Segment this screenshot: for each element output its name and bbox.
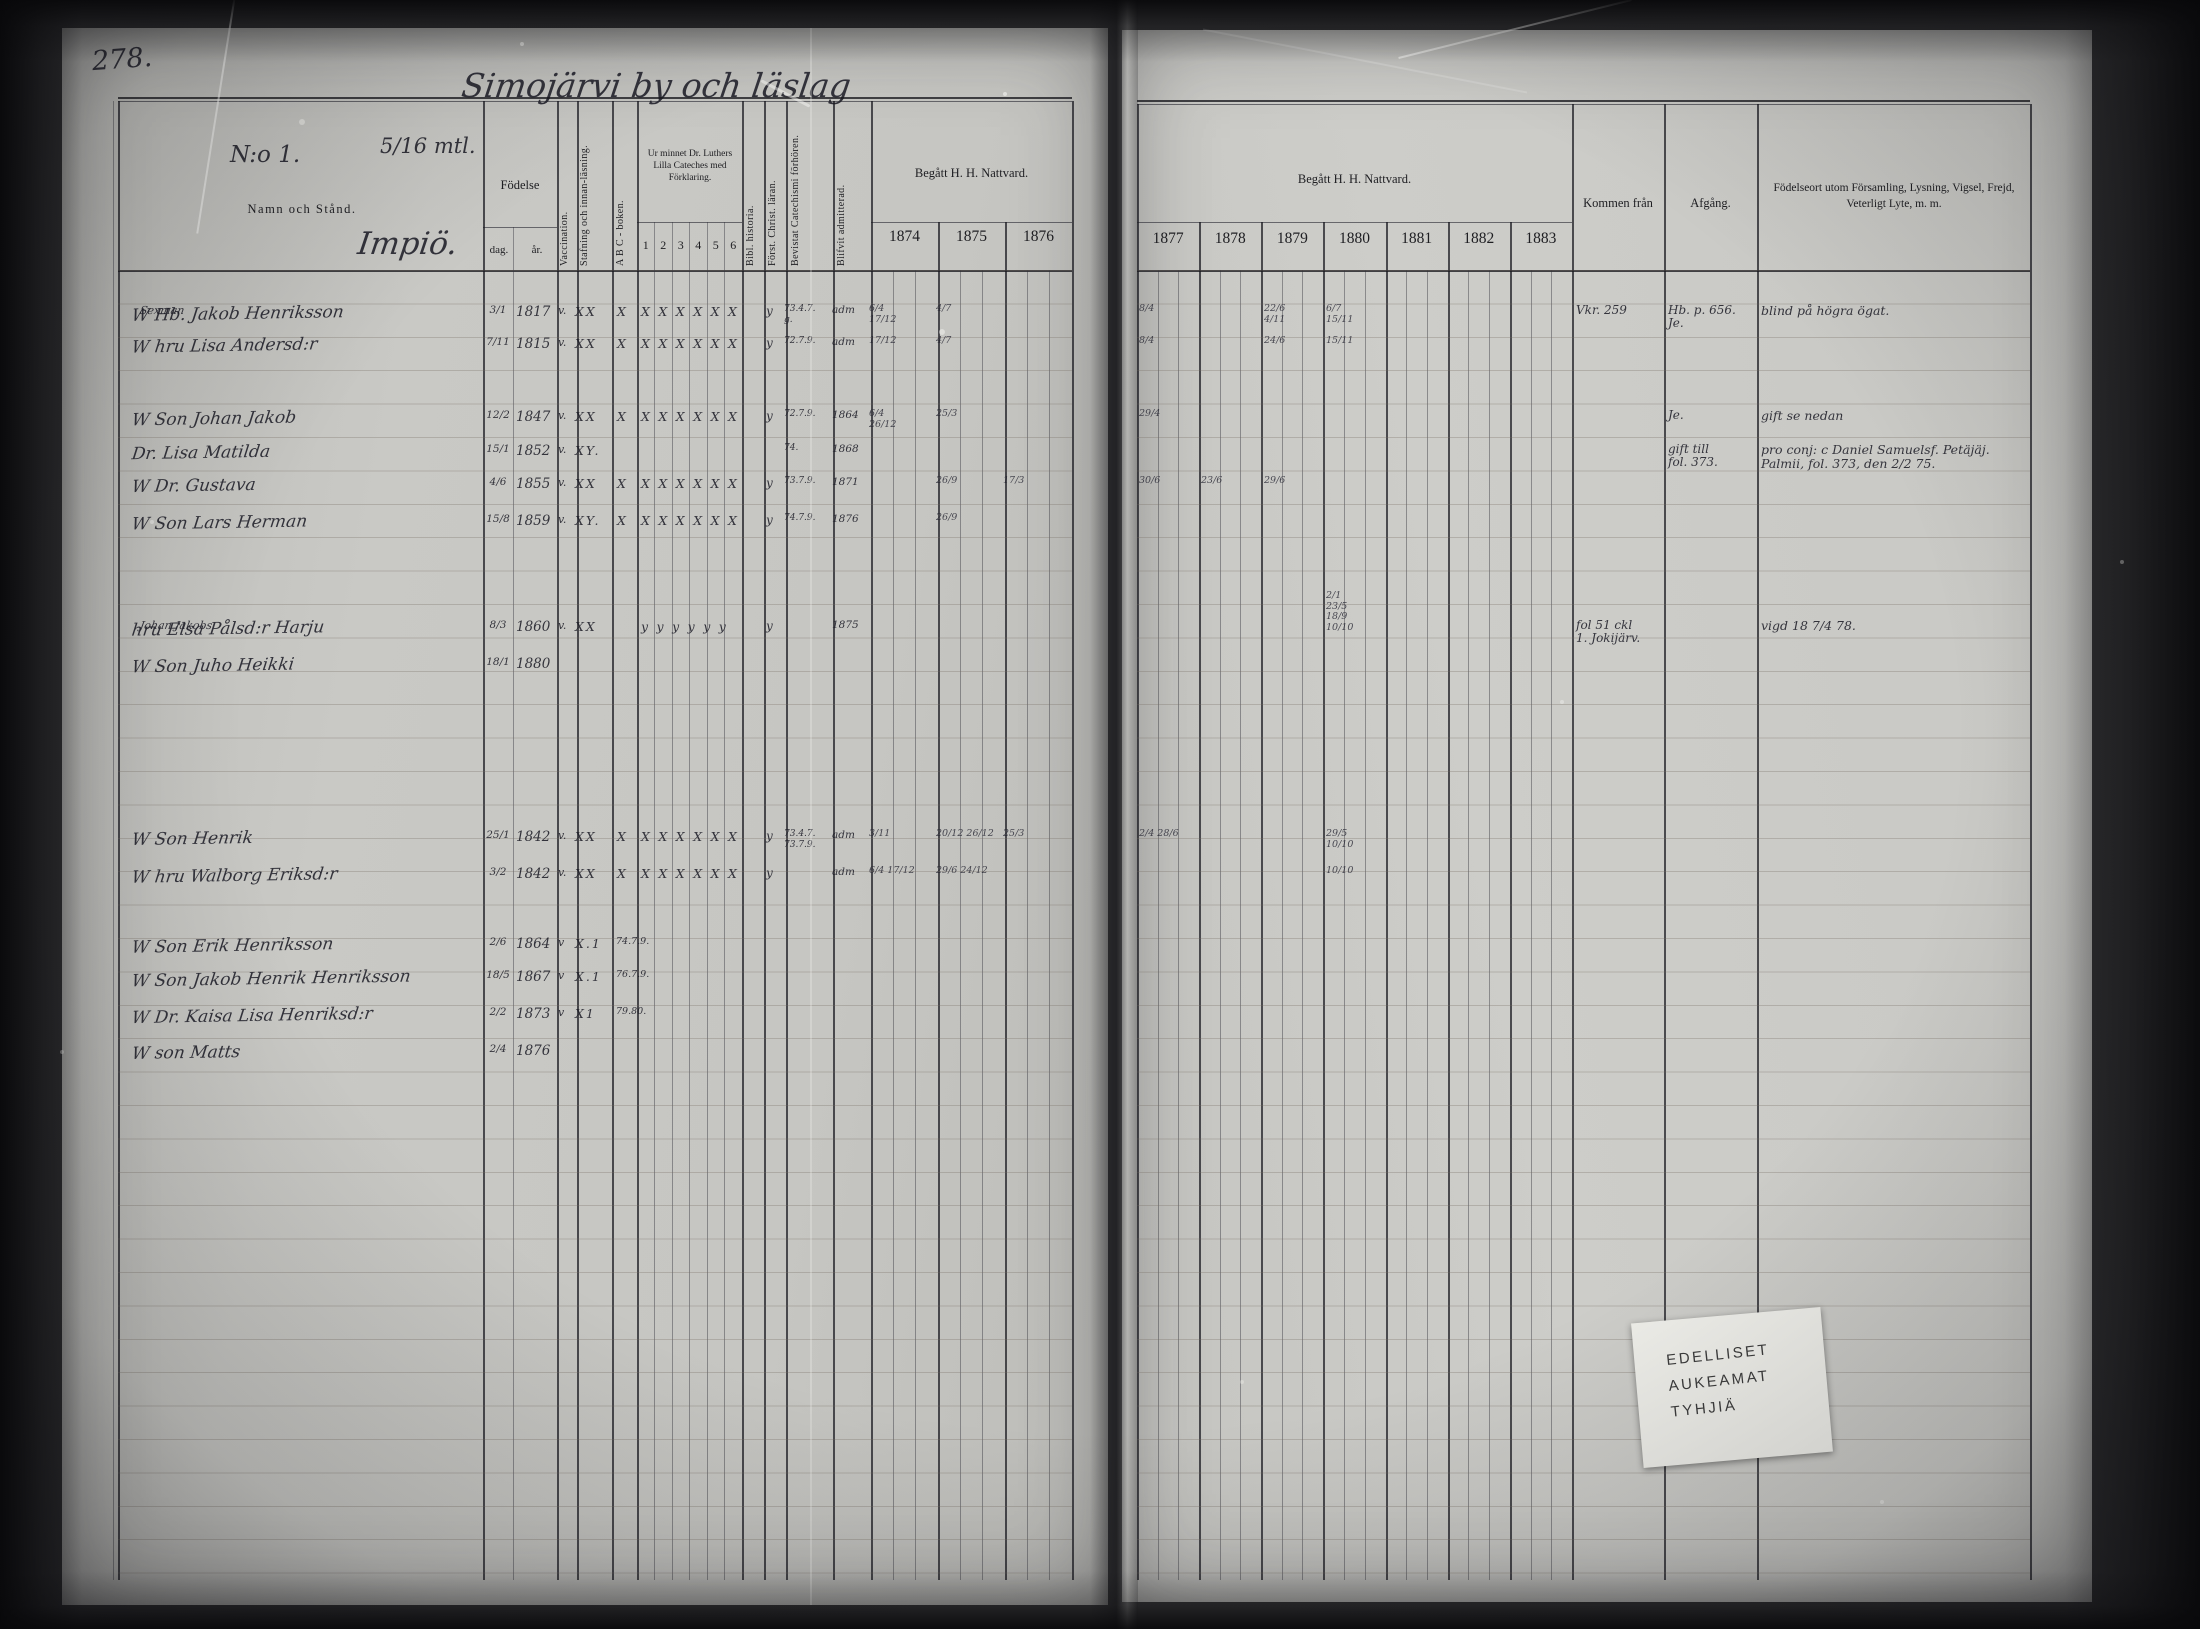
cell-spelling: X.1	[575, 936, 615, 951]
cell-spelling: XX	[575, 409, 615, 424]
table-row: 8/4 24/6 15/11	[1137, 336, 2030, 370]
cell-spelling: XX	[575, 336, 615, 351]
cell-christ: y	[766, 409, 786, 423]
cell-abc: X	[617, 476, 637, 491]
table-row: W son Matts 2/4 1876	[118, 1043, 1072, 1077]
year-label: 1881	[1401, 230, 1432, 248]
cell-birth-year: 1860	[516, 619, 562, 635]
cell-communion-1879: 24/6	[1264, 336, 1324, 347]
communion-header-left: Begått H. H. Nattvard.	[871, 166, 1072, 181]
birth-year-header: år.	[518, 244, 556, 256]
cell-communion-1876: 17/3	[1003, 476, 1067, 487]
cell-communion-1874: 17/12	[869, 336, 935, 347]
cell-communion-1875: 26/9	[936, 476, 1002, 487]
cell-christ: y	[766, 513, 786, 527]
cell-vaccination: v.	[558, 476, 576, 489]
catechism-col: 2	[660, 238, 666, 253]
come-from-header: Kommen från	[1572, 196, 1664, 211]
year-label: 1877	[1153, 230, 1184, 248]
slip-line: TYHJIÄ	[1670, 1387, 1829, 1420]
cell-name: W Son Erik Henriksson	[131, 934, 335, 958]
cell-abc: X	[617, 304, 637, 319]
cell-vaccination: v.	[558, 336, 576, 349]
year-label: 1883	[1525, 230, 1556, 248]
cell-birth-day: 15/1	[482, 443, 514, 455]
cell-catechism-marks: XXXXXX	[641, 476, 747, 491]
cell-name: W hru Walborg Eriksd:r	[131, 864, 339, 888]
cell-communion-1875: 4/7	[936, 304, 1002, 315]
cell-catechism-marks: XXXXXX	[641, 336, 747, 351]
cell-vaccination: v.	[558, 829, 576, 842]
cell-admitted: adm	[832, 336, 872, 348]
communion-years-right: 1877 1878 1879 1880 1881 1882 1883	[1137, 230, 1572, 248]
cell-come-from: Vkr. 259	[1576, 304, 1664, 317]
cell-birth-year: 1867	[516, 969, 562, 985]
cell-communion-1877: 2/4 28/6	[1139, 829, 1199, 840]
cell-vaccination: v.	[558, 513, 576, 526]
table-row: W hru Lisa Andersd:r 7/11 1815 v. XX X X…	[118, 336, 1072, 370]
cell-communion-1874: 3/11	[869, 829, 935, 840]
cell-name: W Dr. Gustava	[131, 475, 257, 497]
cell-spelling: XX	[575, 304, 615, 319]
year-label: 1874	[889, 228, 920, 246]
cell-communion-1876: 25/3	[1003, 829, 1067, 840]
cell-abc: X	[617, 513, 637, 528]
grid-line	[118, 97, 1072, 99]
cell-admitted: 1864	[832, 409, 872, 421]
cell-remarks: gift se nedan	[1761, 409, 2027, 423]
cell-communion-1877: 30/6	[1139, 476, 1199, 487]
cell-communion-1880: 6/7 15/11	[1326, 304, 1388, 325]
cell-birth-year: 1842	[516, 829, 562, 845]
table-row: W Son Erik Henriksson 2/6 1864 v X.1 74.…	[118, 936, 1072, 970]
book-fold	[1090, 0, 1138, 1629]
page-number: 278.	[91, 42, 153, 77]
cell-spelling: XX	[575, 619, 615, 634]
catechism-col: 3	[678, 238, 684, 253]
table-row: W Son Johan Jakob 12/2 1847 v. XX X XXXX…	[118, 409, 1072, 443]
cell-communion-1877: 29/4	[1139, 409, 1199, 420]
cell-abc: X	[617, 336, 637, 351]
cell-birth-day: 12/2	[482, 409, 514, 421]
farm-mantal: 5/16 mtl.	[380, 134, 476, 158]
cell-birth-year: 1852	[516, 443, 562, 459]
cell-catechism-marks: XXXXXX	[641, 513, 747, 528]
cell-birth-year: 1859	[516, 513, 562, 529]
catechism-subcolumns: 1 2 3 4 5 6	[637, 238, 742, 253]
table-row: gift till fol. 373. pro conj: c Daniel S…	[1137, 443, 2030, 477]
dust-specks	[0, 0, 4, 4]
cell-name: W son Matts	[131, 1042, 242, 1064]
cell-communion-1880: 10/10	[1326, 866, 1388, 877]
year-label: 1875	[956, 228, 987, 246]
cell-spelling: XX	[575, 866, 615, 881]
microfilm-scan: 278. Simojärvi by och läslag	[0, 0, 2200, 1629]
cell-exam-note: 74.7.9.	[616, 936, 708, 947]
page-crease	[810, 28, 812, 1605]
cell-christ: y	[766, 866, 786, 880]
cell-birth-year: 1876	[516, 1043, 562, 1059]
cell-catechism-marks: yyyyyy	[641, 619, 747, 634]
cell-communion-1874: 6/4 17/12	[869, 304, 935, 325]
cell-spelling: XX	[575, 829, 615, 844]
cell-birth-day: 15/8	[482, 513, 514, 525]
table-row: 10/10	[1137, 866, 2030, 900]
farm-number: N:o 1.	[230, 142, 300, 168]
cell-birth-day: 4/6	[482, 476, 514, 488]
cell-name: W Son Juho Heikki	[131, 655, 296, 678]
cell-name: W Son Johan Jakob	[131, 408, 298, 431]
left-page: 278. Simojärvi by och läslag	[62, 28, 1108, 1605]
remarks-header: Födelseort utom Församling, Lysning, Vig…	[1764, 180, 2024, 212]
name-column-header: Namn och Stånd.	[212, 202, 392, 217]
cell-communion-1875: 25/3	[936, 409, 1002, 420]
table-row: Johan Jakobs hru Elsa Pålsd:r Harju 8/3 …	[118, 619, 1072, 653]
cell-spelling: XX	[575, 476, 615, 491]
spelling-header: Stafning och innan-läsning.	[579, 110, 610, 266]
cell-birth-day: 7/11	[482, 336, 514, 348]
cell-birth-day: 3/2	[482, 866, 514, 878]
year-label: 1882	[1463, 230, 1494, 248]
cell-departure: Hb. p. 656. Je.	[1668, 304, 1758, 330]
grid-line	[2030, 104, 2032, 1580]
grid-line	[1137, 222, 1572, 223]
cell-birth-day: 2/4	[482, 1043, 514, 1055]
cell-communion-1877: 8/4	[1139, 304, 1199, 315]
cell-communion-1879: 29/6	[1264, 476, 1324, 487]
table-row: W Son Juho Heikki 18/1 1880	[118, 656, 1072, 690]
cell-vaccination: v.	[558, 866, 576, 879]
grid-line	[1137, 100, 2030, 102]
table-row: 29/4 Je. gift se nedan	[1137, 409, 2030, 443]
cell-name: W Dr. Kaisa Lisa Henriksd:r	[130, 1004, 373, 1028]
year-label: 1876	[1023, 228, 1054, 246]
communion-header-right: Begått H. H. Nattvard.	[1137, 172, 1572, 187]
cell-christ: y	[766, 304, 786, 318]
table-row: W Dr. Gustava 4/6 1855 v. XX X XXXXXX y …	[118, 476, 1072, 510]
year-label: 1879	[1277, 230, 1308, 248]
cell-communion-1879: 22/6 4/11	[1264, 304, 1324, 325]
cell-name: Dr. Lisa Matilda	[131, 442, 272, 464]
cell-vaccination: v.	[558, 409, 576, 422]
cell-name: W Son Henrik	[131, 828, 255, 850]
cell-communion-1880: 2/1 23/5 18/9 10/10	[1326, 591, 1388, 633]
cell-birth-day: 2/2	[482, 1006, 514, 1018]
table-row: Dr. Lisa Matilda 15/1 1852 v. XY. 74. 18…	[118, 443, 1072, 477]
grid-line	[118, 270, 1072, 272]
cell-communion-1880: 15/11	[1326, 336, 1388, 347]
cell-admitted: 1876	[832, 513, 872, 525]
archive-note-slip: EDELLISET AUKEAMAT TYHJIÄ	[1631, 1307, 1833, 1468]
birth-day-header: dag.	[483, 244, 515, 256]
cell-catechism-marks: XXXXXX	[641, 304, 747, 319]
cell-vaccination: v.	[558, 619, 576, 632]
cell-vaccination: v.	[558, 304, 576, 317]
farm-name: Impiö.	[355, 226, 459, 262]
cell-birth-day: 2/6	[482, 936, 514, 948]
cell-birth-year: 1873	[516, 1006, 562, 1022]
catechism-col: 4	[695, 238, 701, 253]
table-row: 2/1 23/5 18/9 10/10 fol 51 ckl 1. Jokijä…	[1137, 619, 2030, 653]
catechism-col: 6	[730, 238, 736, 253]
cell-vaccination: v.	[558, 443, 576, 456]
cell-name: W hru Lisa Andersd:r	[131, 334, 319, 357]
cell-birth-year: 1842	[516, 866, 562, 882]
cell-come-from: fol 51 ckl 1. Jokijärv.	[1576, 619, 1664, 645]
bible-history-header: Bibl. historia.	[745, 110, 763, 266]
cell-birth-year: 1817	[516, 304, 562, 320]
cell-abc: X	[617, 829, 637, 844]
cell-birth-day: 18/1	[482, 656, 514, 668]
cell-spelling: XY.	[575, 513, 615, 528]
cell-birth-day: 18/5	[482, 969, 514, 981]
table-row: W Son Lars Herman 15/8 1859 v. XY. X XXX…	[118, 513, 1072, 547]
cell-communion-1880: 29/5 10/10	[1326, 829, 1388, 850]
cell-name: W Hb. Jakob Henriksson	[131, 302, 345, 326]
cell-admitted: 1875	[832, 619, 872, 631]
cell-birth-year: 1815	[516, 336, 562, 352]
cell-communion-1874: 6/4 17/12	[869, 866, 935, 877]
grid-line	[1137, 270, 2030, 272]
cell-christ: y	[766, 619, 786, 633]
cell-abc: X	[617, 866, 637, 881]
table-row: Sexman W Hb. Jakob Henriksson 3/1 1817 v…	[118, 304, 1072, 338]
right-page: Begått H. H. Nattvard. 1877 1878 1879 18…	[1122, 30, 2092, 1602]
cell-birth-day: 3/1	[482, 304, 514, 316]
table-row: W Son Jakob Henrik Henriksson 18/5 1867 …	[118, 969, 1072, 1003]
catechism-header: Ur minnet Dr. Luthers Lilla Cateches med…	[639, 148, 741, 184]
table-row: 2/4 28/6 29/5 10/10	[1137, 829, 2030, 863]
cell-catechism-marks: XXXXXX	[641, 409, 747, 424]
table-row: W Dr. Kaisa Lisa Henriksd:r 2/2 1873 v X…	[118, 1006, 1072, 1040]
grid-line	[871, 222, 1072, 223]
cell-birth-year: 1855	[516, 476, 562, 492]
cell-exam-note: 79.80.	[616, 1006, 708, 1017]
cell-spelling: X1	[575, 1006, 615, 1021]
abc-book-header: A B C - boken.	[615, 110, 635, 266]
cell-communion-1877: 8/4	[1139, 336, 1199, 347]
cell-catechism-marks: XXXXXX	[641, 866, 747, 881]
cell-christ: y	[766, 336, 786, 350]
cell-communion-1875: 20/12 26/12	[936, 829, 1002, 840]
cell-communion-1875: 26/9	[936, 513, 1002, 524]
catechism-col: 1	[643, 238, 649, 253]
cell-departure: Je.	[1668, 409, 1758, 422]
cell-communion-1874: 6/4 26/12	[869, 409, 935, 430]
cell-vaccination: v	[558, 969, 576, 982]
admitted-header: Blifvit admitterad.	[836, 110, 868, 266]
year-label: 1878	[1215, 230, 1246, 248]
cell-remarks: vigd 18 7/4 78.	[1761, 619, 2027, 633]
cell-birth-year: 1847	[516, 409, 562, 425]
cell-birth-year: 1880	[516, 656, 562, 672]
table-row: 30/6 23/6 29/6	[1137, 476, 2030, 510]
grid-line	[113, 101, 114, 1580]
cell-remarks: blind på högra ögat.	[1761, 304, 2027, 318]
grid-line	[1072, 101, 1074, 1580]
table-row: W hru Walborg Eriksd:r 3/2 1842 v. XX X …	[118, 866, 1072, 900]
cell-christ: y	[766, 829, 786, 843]
cell-spelling: XY.	[575, 443, 615, 458]
communion-years-left: 1874 1875 1876	[871, 228, 1072, 246]
cell-communion-1878: 23/6	[1201, 476, 1261, 487]
cell-name: W Son Lars Herman	[131, 511, 309, 534]
cell-admitted: adm	[832, 304, 872, 316]
cell-birth-day: 25/1	[482, 829, 514, 841]
cell-admitted: adm	[832, 866, 872, 878]
vaccination-header: Vaccination.	[559, 110, 576, 266]
table-row: 8/4 22/6 4/11 6/7 15/11 Vkr. 259 Hb. p. …	[1137, 304, 2030, 338]
cell-admitted: adm	[832, 829, 872, 841]
cell-communion-1875: 4/7	[936, 336, 1002, 347]
cell-departure: gift till fol. 373.	[1668, 443, 1758, 469]
cell-christ: y	[766, 476, 786, 490]
cell-abc: X	[617, 409, 637, 424]
departure-header: Afgång.	[1664, 196, 1757, 211]
birth-header: Födelse	[483, 178, 557, 193]
cell-spelling: X.1	[575, 969, 615, 984]
catechism-col: 5	[713, 238, 719, 253]
table-row: W Son Henrik 25/1 1842 v. XX X XXXXXX y …	[118, 829, 1072, 863]
cell-vaccination: v	[558, 936, 576, 949]
cell-vaccination: v	[558, 1006, 576, 1019]
grid-line	[1137, 104, 2030, 105]
grid-line	[483, 227, 557, 228]
cell-name: hru Elsa Pålsd:r Harju	[131, 617, 326, 640]
cell-communion-1875: 29/6 24/12	[936, 866, 1002, 877]
cell-exam-note: 76.7.9.	[616, 969, 708, 980]
cell-admitted: 1868	[832, 443, 872, 455]
christ-doctrine-header: Först. Christ. läran.	[767, 110, 785, 266]
cell-birth-year: 1864	[516, 936, 562, 952]
cell-remarks: pro conj: c Daniel Samuelsf. Petäjäj. Pa…	[1761, 443, 2027, 471]
cell-admitted: 1871	[832, 476, 872, 488]
grid-line	[118, 101, 1072, 102]
cell-birth-day: 8/3	[482, 619, 514, 631]
year-label: 1880	[1339, 230, 1370, 248]
cell-name: W Son Jakob Henrik Henriksson	[130, 967, 411, 992]
cell-catechism-marks: XXXXXX	[641, 829, 747, 844]
